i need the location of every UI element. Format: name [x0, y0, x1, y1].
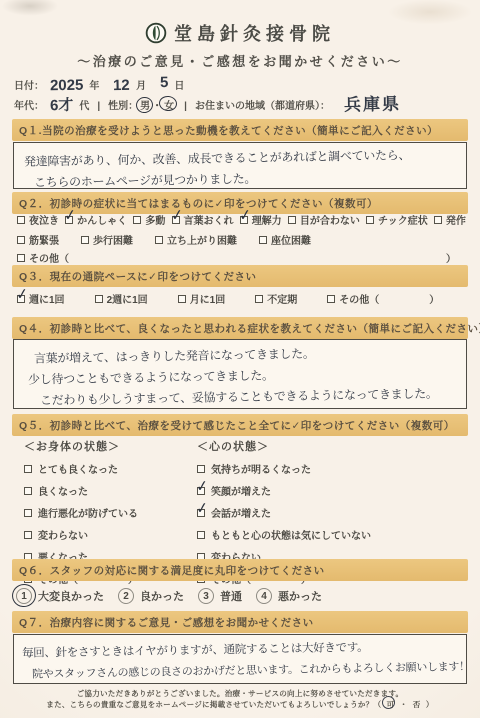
option-label: 月に1回	[190, 291, 226, 306]
demographics-row: 年代： 6才 代 | 性別： 男 ・ 女 | お住まいの地域（都道府県）： 兵庫…	[14, 97, 470, 112]
other-close-paren: ）	[446, 250, 456, 265]
checkbox-option: ✓ 多動	[133, 212, 165, 227]
q6-options-row: 1 大変良かった 2 良かった 3 普通 4 悪かった	[16, 586, 466, 606]
q1-answer-box: 発達障害があり、何か、改善、成長できることがあればと調べていたら、 こちらのホー…	[13, 142, 467, 189]
checkbox-option: ✓ もともと心の状態は気にしていない	[197, 527, 467, 542]
consent-dot: ・	[400, 700, 408, 709]
rating-number-circle: 4	[256, 588, 272, 604]
month-unit: 月	[136, 77, 146, 92]
date-month-handwritten: 12	[107, 80, 136, 92]
checkbox-option: その他（	[17, 250, 69, 265]
checkbox-icon: ✓	[24, 531, 32, 539]
gender-label: 性別：	[108, 97, 138, 112]
option-label: 理解力	[252, 212, 282, 227]
checkbox-icon: ✓	[172, 216, 180, 224]
checkbox-option: ✓ 歩行困難	[81, 232, 133, 247]
region-label: お住まいの地域（都道府県）：	[195, 97, 330, 112]
rating-label: 良かった	[140, 588, 184, 604]
checkbox-option: ✓ 目が合わない	[288, 212, 360, 227]
option-label: 進行悪化が防げている	[38, 505, 138, 520]
checkbox-icon: ✓	[155, 236, 163, 244]
option-label: 多動	[145, 212, 165, 227]
age-label: 年代：	[14, 97, 44, 112]
checkbox-icon: ✓	[178, 295, 186, 303]
q3-options-row: ✓ 週に1回 ✓ 2週に1回 ✓ 月に1回 ✓ 不定期 ✓ その他（ ）	[17, 291, 466, 306]
option-label: 夜泣き	[29, 212, 59, 227]
checkbox-icon: ✓	[259, 236, 267, 244]
gender-female-option: 女	[162, 97, 176, 112]
date-row: 日付： 2025 年 12 月 5 日	[14, 77, 470, 92]
q5-mind-title: ＜心の状態＞	[197, 438, 467, 454]
checkbox-icon: ✓	[288, 216, 296, 224]
date-year-handwritten: 2025	[44, 80, 90, 93]
checkbox-option: ✓ 夜泣き	[17, 212, 59, 227]
checkbox-option: ✓ 立ち上がり困難	[155, 232, 237, 247]
clinic-name: 堂島針灸接骨院	[174, 20, 335, 46]
checkbox-icon: ✓	[17, 216, 25, 224]
rating-number: 3	[203, 591, 209, 602]
checkbox-icon: ✓	[197, 487, 205, 495]
checkmark-icon: ✓	[15, 286, 30, 303]
q4-answer-box: 言葉が増えて、はっきりした発音になってきました。 少し待つこともできるようになっ…	[13, 339, 467, 409]
checkbox-icon: ✓	[24, 509, 32, 517]
handwritten-circle-male	[135, 95, 155, 114]
date-day-handwritten: 5	[154, 77, 175, 89]
checkbox-icon: ✓	[434, 216, 442, 224]
checkbox-icon: ✓	[240, 216, 248, 224]
option-label: 不定期	[267, 291, 297, 306]
consent-yes-option: 可	[384, 699, 398, 710]
checkbox-icon: ✓	[65, 216, 73, 224]
checkbox-option: ✓ 座位困難	[259, 232, 311, 247]
checkbox-icon: ✓	[95, 295, 103, 303]
q3-header: Q３．現在の通院ペースに✓印をつけてください	[12, 265, 468, 287]
option-label: 座位困難	[271, 232, 311, 247]
checkbox-option: ✓ 気持ちが明るくなった	[197, 461, 467, 476]
q1-header: Q１.当院の治療を受けようと思った動機を教えてください（簡単にご記入ください）	[12, 119, 468, 141]
consent-close-paren: ）	[426, 700, 434, 709]
checkbox-icon: ✓	[17, 236, 25, 244]
checkbox-option: ✓ 発作	[434, 212, 466, 227]
checkmark-icon: ✓	[170, 207, 185, 224]
day-unit: 日	[174, 77, 184, 92]
q2-options-row2: ✓ 筋緊張 ✓ 歩行困難 ✓ 立ち上がり困難 ✓ 座位困難	[17, 232, 466, 247]
checkbox-icon: ✓	[255, 295, 263, 303]
option-label: 目が合わない	[300, 212, 360, 227]
checkbox-icon: ✓	[24, 487, 32, 495]
checkmark-icon: ✓	[195, 500, 210, 517]
option-label: その他（ ）	[339, 291, 439, 306]
checkmark-icon: ✓	[238, 207, 253, 224]
checkbox-option: ✓ 月に1回	[178, 291, 226, 306]
checkbox-icon: ✓	[197, 531, 205, 539]
checkmark-icon: ✓	[63, 207, 78, 224]
rating-number: 2	[123, 591, 129, 602]
checkbox-icon: ✓	[327, 295, 335, 303]
checkbox-icon: ✓	[133, 216, 141, 224]
age-handwritten: 6才	[44, 100, 80, 113]
other-label: その他（	[29, 250, 69, 265]
handwritten-circle	[10, 581, 39, 609]
checkbox-option: ✓ チック症状	[366, 212, 428, 227]
checkbox-icon: ✓	[197, 465, 205, 473]
gender-male-option: 男	[138, 97, 152, 112]
divider: |	[97, 101, 100, 112]
footer-line2-text: また、こちらの貴重なご意見をホームページに掲載させていただいてもよろしいでしょう…	[46, 700, 381, 709]
checkbox-icon: ✓	[81, 236, 89, 244]
rating-label: 普通	[220, 588, 242, 604]
q7-answer-box: 毎回、針をさすときはイヤがりますが、通院することは大好きです。 院やスタッフさん…	[13, 634, 467, 684]
checkbox-option: ✓ 不定期	[255, 291, 297, 306]
clinic-logo-icon	[145, 22, 167, 44]
option-label: 週に1回	[29, 291, 65, 306]
rating-option: 1 大変良かった	[16, 586, 104, 606]
consent-no-label: 否	[410, 700, 424, 709]
rating-option: 2 良かった	[118, 586, 184, 606]
rating-number-circle: 2	[118, 588, 134, 604]
option-label: 気持ちが明るくなった	[211, 461, 311, 476]
option-label: 立ち上がり困難	[167, 232, 237, 247]
option-label: もともと心の状態は気にしていない	[211, 527, 371, 542]
rating-option: 3 普通	[198, 586, 242, 606]
rating-option: 4 悪かった	[256, 586, 322, 606]
divider2: |	[184, 101, 187, 112]
option-label: 発作	[446, 212, 466, 227]
checkbox-icon: ✓	[24, 465, 32, 473]
scanned-questionnaire-sheet: 堂島針灸接骨院 〜治療のご意見・ご感想をお聞かせください〜 日付： 2025 年…	[0, 0, 480, 718]
q5-header: Q５．初診時と比べて、治療を受けて感じたこと全てに✓印をつけてください（複数可）	[12, 414, 468, 436]
q4-header: Q４．初診時と比べて、良くなったと思われる症状を教えてください（簡単にご記入くだ…	[12, 317, 468, 339]
option-label: 言葉おくれ	[184, 212, 234, 227]
q7-header: Q７．治療内容に関するご意見・ご感想をお聞かせください	[12, 611, 468, 633]
option-label: 筋緊張	[29, 232, 59, 247]
option-label: 会話が増えた	[211, 505, 271, 520]
checkbox-option: ✓ 2週に1回	[95, 291, 148, 306]
option-label: 2週に1回	[107, 291, 148, 306]
rating-label: 悪かった	[278, 588, 322, 604]
checkbox-option: ✓ 会話が増えた	[197, 505, 467, 520]
option-label: チック症状	[378, 212, 428, 227]
option-label: 笑顔が増えた	[211, 483, 271, 498]
checkbox-option: ✓ その他（ ）	[327, 291, 439, 306]
checkbox-option: ✓ 言葉おくれ	[172, 212, 234, 227]
checkbox-option: ✓ 笑顔が増えた	[197, 483, 467, 498]
checkbox-option: ✓ 理解力	[240, 212, 282, 227]
option-label: 変わらない	[38, 527, 88, 542]
rating-number: 4	[261, 591, 267, 602]
checkbox-icon: ✓	[366, 216, 374, 224]
checkbox-option: ✓ 週に1回	[17, 291, 65, 306]
handwritten-circle-female	[158, 95, 177, 112]
checkmark-icon: ✓	[195, 478, 210, 495]
rating-number-circle: 3	[198, 588, 214, 604]
date-label: 日付：	[14, 77, 44, 92]
age-unit: 代	[79, 97, 89, 112]
q6-header: Q６．スタッフの対応に関する満足度に丸印をつけてください	[12, 559, 468, 581]
form-subtitle: 〜治療のご意見・ご感想をお聞かせください〜	[0, 51, 480, 70]
q2-option-other: その他（ ）	[17, 250, 466, 265]
region-handwritten: 兵庫県	[344, 98, 401, 113]
form-header: 堂島針灸接骨院	[0, 20, 480, 46]
footer-line1: ご協力いただきありがとうございました。治療・サービスの向上に努めさせていただきま…	[0, 688, 480, 699]
year-unit: 年	[89, 77, 99, 92]
option-label: 歩行困難	[93, 232, 133, 247]
rating-label: 大変良かった	[38, 588, 104, 604]
q2-options-row1: ✓ 夜泣き ✓ かんしゃく ✓ 多動 ✓ 言葉おくれ ✓ 理解力 ✓ 目が合わな…	[17, 212, 466, 227]
option-label: とても良くなった	[38, 461, 118, 476]
option-label: 良くなった	[38, 483, 88, 498]
option-label: かんしゃく	[77, 212, 127, 227]
checkbox-icon: ✓	[17, 295, 25, 303]
footer-line2: また、こちらの貴重なご意見をホームページに掲載させていただいてもよろしいでしょう…	[0, 699, 480, 710]
checkbox-option: ✓ かんしゃく	[65, 212, 127, 227]
footer-note: ご協力いただきありがとうございました。治療・サービスの向上に努めさせていただきま…	[0, 688, 480, 710]
checkbox-option: ✓ 筋緊張	[17, 232, 59, 247]
checkbox-icon: ✓	[197, 509, 205, 517]
checkbox-icon	[17, 254, 25, 262]
